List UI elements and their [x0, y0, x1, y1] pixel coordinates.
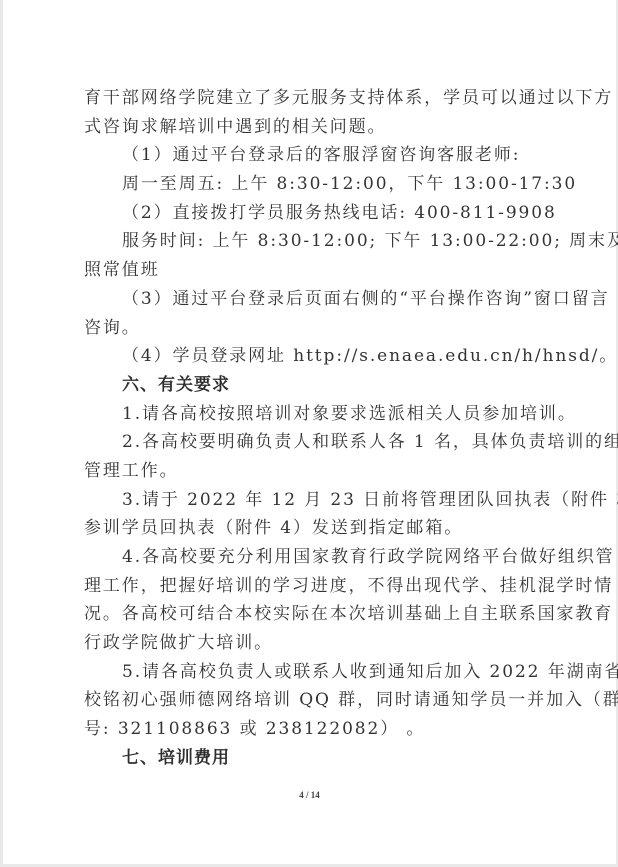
page-number: 4 / 14: [3, 790, 616, 800]
document-page: 育干部网络学院建立了多元服务支持体系，学员可以通过以下方 式咨询求解培训中遇到的…: [3, 0, 616, 864]
text-line: 号: 321108863 或 238122082） 。: [84, 715, 550, 744]
requirement-item-4: 4.各高校要充分利用国家教育行政学院网络平台做好组织管 理工作，把握好培训的学习…: [84, 543, 550, 658]
text-line: 式咨询求解培训中遇到的相关问题。: [84, 113, 550, 142]
text-line: 2.各高校要明确负责人和联系人各 1 名，具体负责培训的组织: [84, 428, 550, 457]
paragraph-option-4: （4）学员登录网址 http://s.enaea.edu.cn/h/hnsd/。: [84, 342, 550, 371]
paragraph-option-3: （3）通过平台登录后页面右侧的“平台操作咨询”窗口留言 咨询。: [84, 285, 550, 342]
text-line: 照常值班: [84, 256, 550, 285]
text-line: 4.各高校要充分利用国家教育行政学院网络平台做好组织管: [84, 543, 550, 572]
text-line: 5.请各高校负责人或联系人收到通知后加入 2022 年湖南省高: [84, 658, 550, 687]
text-line: 3.请于 2022 年 12 月 23 日前将管理团队回执表（附件 3）和: [84, 486, 550, 515]
section-heading-training-fees: 七、培训费用: [84, 744, 550, 773]
requirement-item-1: 1.请各高校按照培训对象要求选派相关人员参加培训。: [84, 400, 550, 429]
text-line: 1.请各高校按照培训对象要求选派相关人员参加培训。: [84, 400, 550, 429]
text-line: 理工作，把握好培训的学习进度，不得出现代学、挂机混学时情: [84, 572, 550, 601]
text-line: （1）通过平台登录后的客服浮窗咨询客服老师:: [84, 141, 550, 170]
paragraph-option-2: （2）直接拨打学员服务热线电话: 400-811-9908: [84, 199, 550, 228]
paragraph-option-1: （1）通过平台登录后的客服浮窗咨询客服老师:: [84, 141, 550, 170]
text-line: 校铭初心强师德网络培训 QQ 群，同时请通知学员一并加入（群: [84, 686, 550, 715]
text-line: 周一至周五: 上午 8:30-12:00，下午 13:00-17:30: [84, 170, 550, 199]
paragraph-option-1-hours: 周一至周五: 上午 8:30-12:00，下午 13:00-17:30: [84, 170, 550, 199]
section-heading-requirements: 六、有关要求: [84, 371, 550, 400]
requirement-item-5: 5.请各高校负责人或联系人收到通知后加入 2022 年湖南省高 校铭初心强师德网…: [84, 658, 550, 744]
text-line: 育干部网络学院建立了多元服务支持体系，学员可以通过以下方: [84, 84, 550, 113]
page-content: 育干部网络学院建立了多元服务支持体系，学员可以通过以下方 式咨询求解培训中遇到的…: [84, 84, 550, 773]
text-line: （3）通过平台登录后页面右侧的“平台操作咨询”窗口留言: [84, 285, 550, 314]
text-line: 参训学员回执表（附件 4）发送到指定邮箱。: [84, 514, 550, 543]
text-line: 服务时间: 上午 8:30-12:00; 下午 13:00-22:00; 周末及…: [84, 227, 550, 256]
text-line: 行政学院做扩大培训。: [84, 629, 550, 658]
requirement-item-2: 2.各高校要明确负责人和联系人各 1 名，具体负责培训的组织 管理工作。: [84, 428, 550, 485]
text-line: 咨询。: [84, 314, 550, 343]
text-line: （2）直接拨打学员服务热线电话: 400-811-9908: [84, 199, 550, 228]
text-line: 管理工作。: [84, 457, 550, 486]
requirement-item-3: 3.请于 2022 年 12 月 23 日前将管理团队回执表（附件 3）和 参训…: [84, 486, 550, 543]
paragraph-option-2-hours: 服务时间: 上午 8:30-12:00; 下午 13:00-22:00; 周末及…: [84, 227, 550, 284]
text-line: 况。各高校可结合本校实际在本次培训基础上自主联系国家教育: [84, 600, 550, 629]
paragraph-support-system: 育干部网络学院建立了多元服务支持体系，学员可以通过以下方 式咨询求解培训中遇到的…: [84, 84, 550, 141]
text-line: （4）学员登录网址 http://s.enaea.edu.cn/h/hnsd/。: [84, 342, 550, 371]
